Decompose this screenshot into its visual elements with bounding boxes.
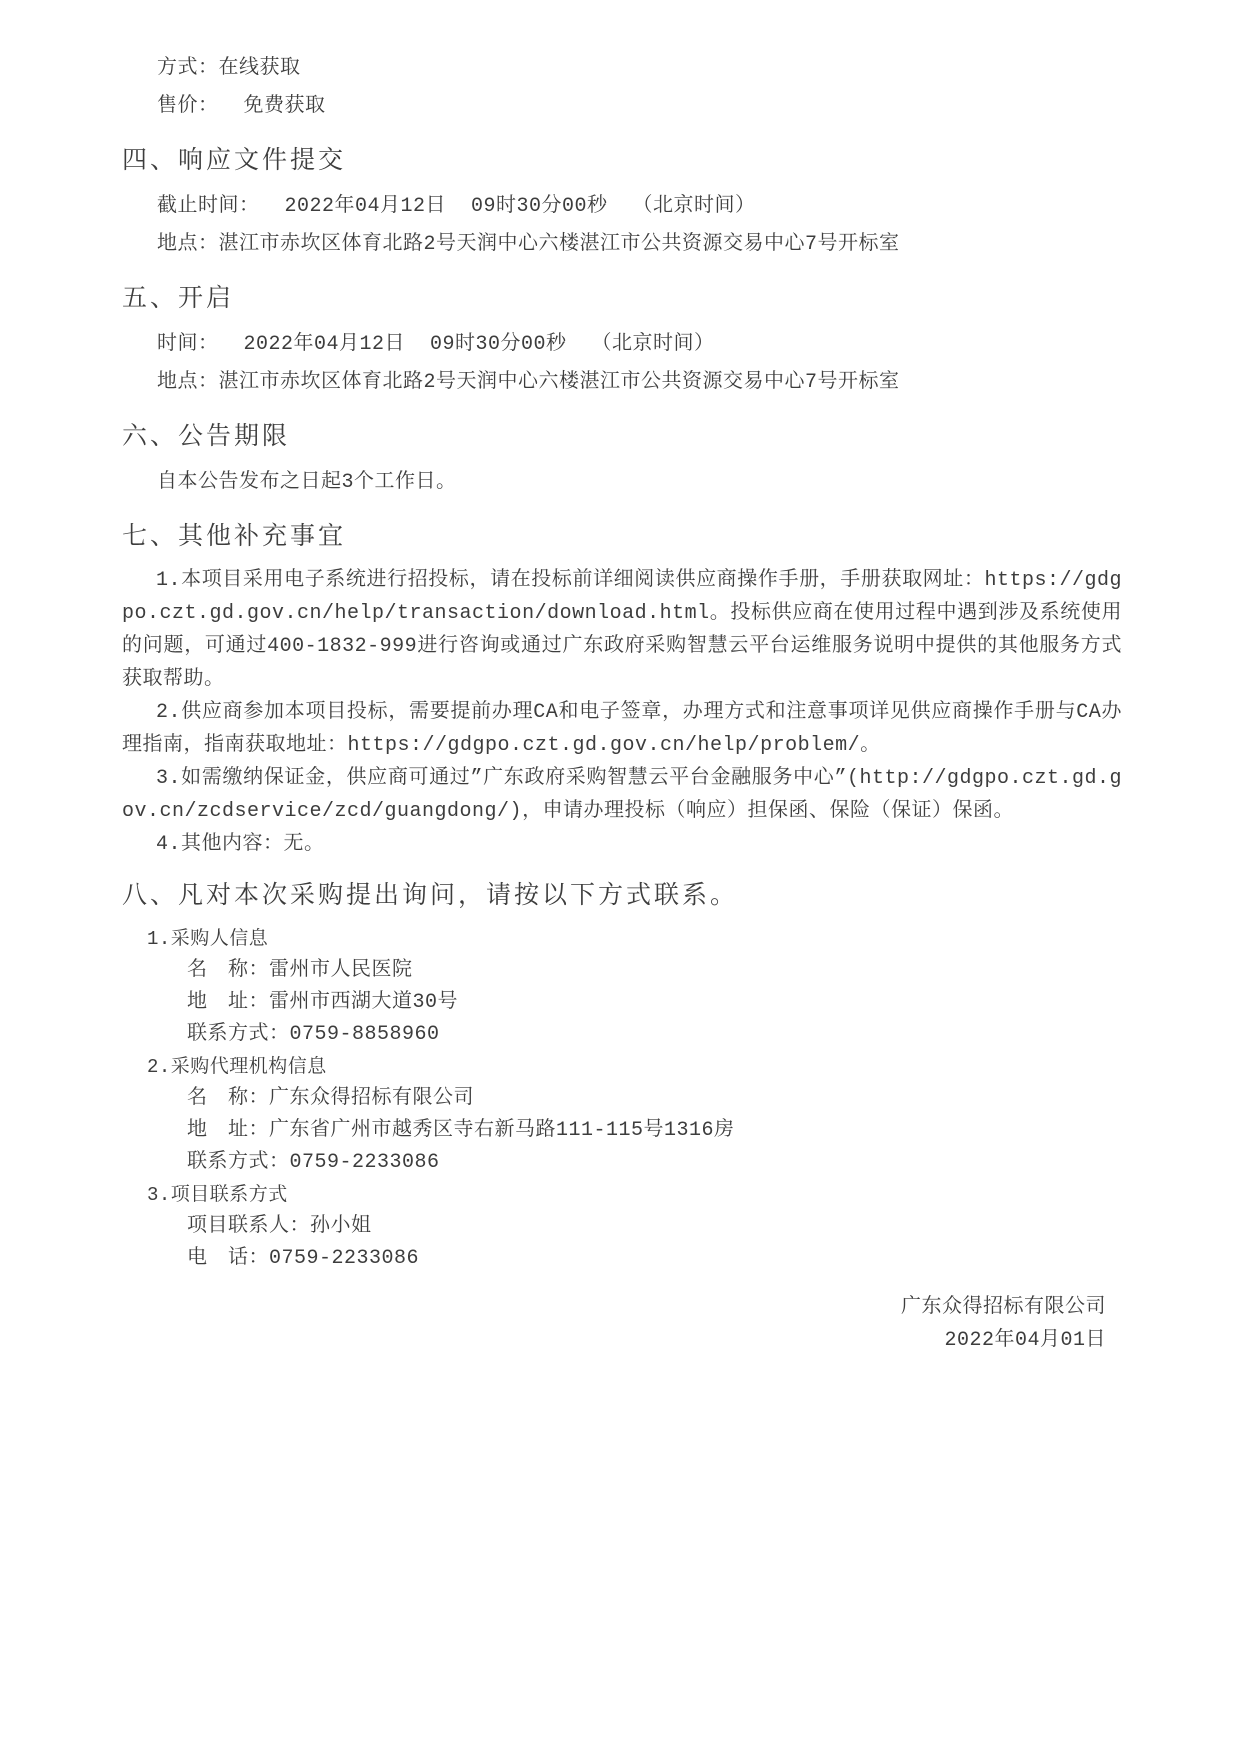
agency-contact-line: 联系方式：0759-2233086	[187, 1147, 1122, 1179]
section5-time-line: 时间： 2022年04月12日 09时30分00秒 （北京时间）	[157, 326, 1122, 364]
document-page: 方式：在线获取 售价： 免费获取 四、响应文件提交 截止时间： 2022年04月…	[0, 0, 1242, 1756]
signature-date: 2022年04月01日	[122, 1324, 1106, 1357]
purchaser-address-line: 地 址：雷州市西湖大道30号	[187, 987, 1122, 1019]
project-contact-heading: 3.项目联系方式	[147, 1179, 1122, 1211]
section7-item-3: 3.如需缴纳保证金，供应商可通过”广东政府采购智慧云平台金融服务中心”(http…	[122, 762, 1122, 828]
agency-info-heading: 2.采购代理机构信息	[147, 1051, 1122, 1083]
section7-item-1: 1.本项目采用电子系统进行招投标，请在投标前详细阅读供应商操作手册，手册获取网址…	[122, 564, 1122, 696]
section5-title: 五、开启	[122, 282, 1122, 318]
agency-address-line: 地 址：广东省广州市越秀区寺右新马路111-115号1316房	[187, 1115, 1122, 1147]
agency-name-line: 名 称：广东众得招标有限公司	[187, 1083, 1122, 1115]
section5-location-line: 地点：湛江市赤坎区体育北路2号天润中心六楼湛江市公共资源交易中心7号开标室	[157, 364, 1122, 402]
section6-title: 六、公告期限	[122, 420, 1122, 456]
section4-location-line: 地点：湛江市赤坎区体育北路2号天润中心六楼湛江市公共资源交易中心7号开标室	[157, 226, 1122, 264]
section7-item-2: 2.供应商参加本项目投标，需要提前办理CA和电子签章，办理方式和注意事项详见供应…	[122, 696, 1122, 762]
project-phone-line: 电 话：0759-2233086	[187, 1243, 1122, 1275]
section7-title: 七、其他补充事宜	[122, 520, 1122, 556]
signature-company: 广东众得招标有限公司	[122, 1291, 1106, 1324]
purchaser-info-heading: 1.采购人信息	[147, 923, 1122, 955]
purchaser-contact-line: 联系方式：0759-8858960	[187, 1019, 1122, 1051]
section4-title: 四、响应文件提交	[122, 144, 1122, 180]
section6-body-line: 自本公告发布之日起3个工作日。	[157, 464, 1122, 502]
price-line: 售价： 免费获取	[157, 88, 1122, 126]
signature-block: 广东众得招标有限公司 2022年04月01日	[122, 1291, 1122, 1357]
section8-title: 八、凡对本次采购提出询问，请按以下方式联系。	[122, 879, 1122, 915]
obtain-method-line: 方式：在线获取	[157, 50, 1122, 88]
section4-deadline-line: 截止时间： 2022年04月12日 09时30分00秒 （北京时间）	[157, 188, 1122, 226]
project-contact-person-line: 项目联系人：孙小姐	[187, 1211, 1122, 1243]
section7-item-4: 4.其他内容：无。	[122, 828, 1122, 861]
purchaser-name-line: 名 称：雷州市人民医院	[187, 955, 1122, 987]
